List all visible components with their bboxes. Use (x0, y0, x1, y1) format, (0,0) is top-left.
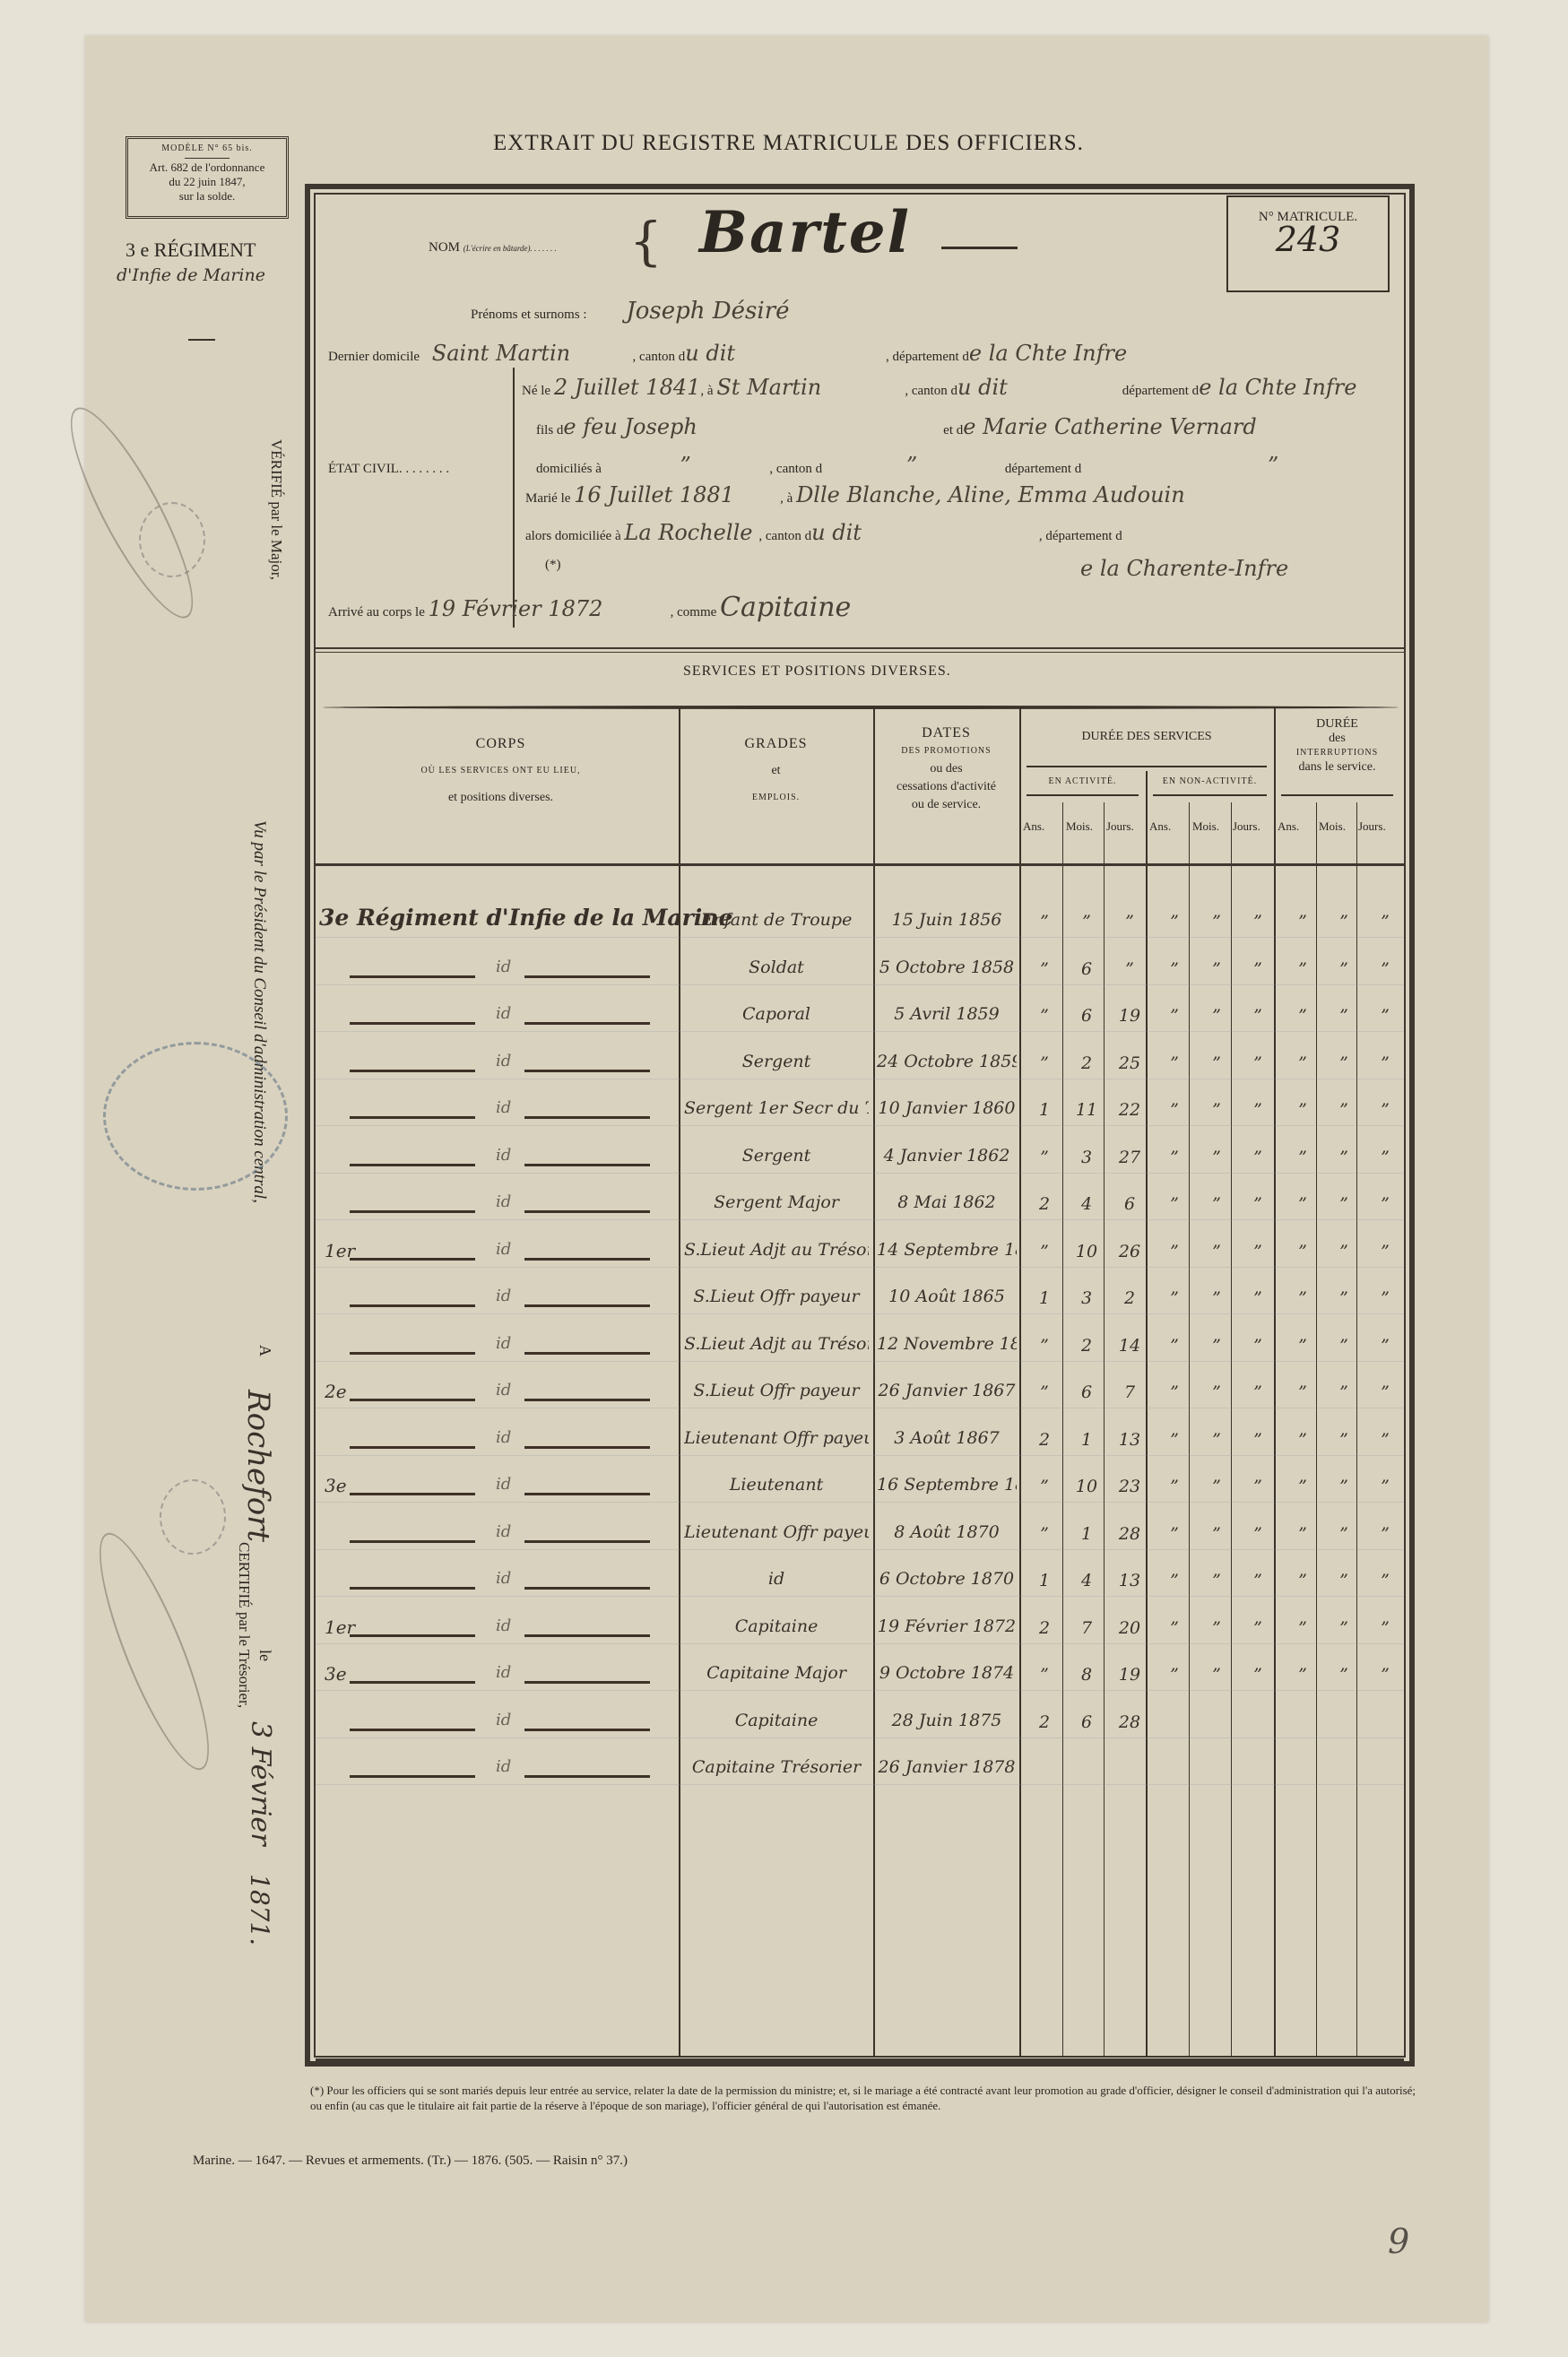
duration-value: ” (1289, 1382, 1316, 1402)
duration-value: 27 (1116, 1148, 1143, 1167)
corps-header-title: CORPS (323, 735, 679, 753)
duration-value: ” (1289, 1665, 1316, 1685)
duration-value: ” (1116, 959, 1143, 979)
duration-value: ” (1244, 1100, 1271, 1120)
footnote-mark: (*) (545, 558, 561, 573)
ne-canton-label: , canton d (905, 384, 957, 398)
duration-value: ” (1330, 1665, 1357, 1685)
ditto-dash (524, 1116, 650, 1119)
comme-label: , comme (671, 605, 717, 620)
duration-value: ” (1372, 1336, 1399, 1356)
duration-value: ” (1031, 1006, 1058, 1026)
duration-value: ” (1161, 1194, 1188, 1214)
dernier-domicile-label: Dernier domicile (328, 350, 420, 364)
nom-value: Bartel (699, 199, 911, 266)
duration-value: ” (1372, 1618, 1399, 1638)
arrive-value: 19 Février 1872 (429, 596, 671, 621)
grade-value: Capitaine Major (684, 1663, 869, 1683)
section-divider-thin (316, 652, 1404, 653)
duration-value: ” (1031, 1524, 1058, 1544)
alors-domiciliee-row: alors domiciliée à La Rochelle, canton d… (525, 520, 1122, 545)
duration-value: ” (1031, 1053, 1058, 1073)
duration-value: ” (1031, 1148, 1058, 1167)
col-rule (1104, 802, 1105, 2058)
corps-header-sub: OÙ LES SERVICES ONT EU LIEU, (323, 762, 679, 780)
duration-value: ” (1203, 1665, 1230, 1685)
duration-value: 26 (1116, 1242, 1143, 1261)
duration-value: ” (1330, 1618, 1357, 1638)
ditto-dash (350, 1634, 475, 1637)
en-activite-header: EN ACTIVITÉ. (1019, 773, 1146, 791)
page-number: 9 (1388, 2222, 1409, 2261)
brace: { (629, 215, 663, 267)
duration-value: ” (1330, 1194, 1357, 1214)
date-value: 4 Janvier 1862 (877, 1146, 1017, 1166)
model-reference-box: MODÈLE N° 65 bis. Art. 682 de l'ordonnan… (126, 136, 289, 219)
duration-value: ” (1372, 1665, 1399, 1685)
model-subject: sur la solde. (128, 189, 286, 204)
duration-value: 4 (1073, 1571, 1100, 1590)
ditto-dash (350, 1164, 475, 1166)
duration-value: ” (1289, 1242, 1316, 1261)
battalion-marker: 3e (325, 1663, 347, 1685)
duration-value: ” (1289, 1100, 1316, 1120)
duration-value: 2 (1031, 1194, 1058, 1214)
ne-dept-label: département d (1122, 384, 1199, 398)
duration-value: ” (1203, 1477, 1230, 1496)
duration-value: 22 (1116, 1100, 1143, 1120)
ditto-dash (350, 1210, 475, 1213)
col-rule (1189, 802, 1190, 2058)
duration-value: ” (1244, 1006, 1271, 1026)
date-value: 16 Septembre 1869 (877, 1475, 1017, 1495)
duration-value: ” (1031, 912, 1058, 932)
row-guide (316, 1549, 1404, 1550)
unit-ans: Ans. (1278, 819, 1299, 834)
grades-header-title: GRADES (679, 735, 873, 753)
duration-value: ” (1244, 1477, 1271, 1496)
lieu-value: Rochefort (240, 1390, 276, 1542)
en-non-activite-header: EN NON-ACTIVITÉ. (1146, 773, 1274, 791)
a-label: A (256, 1345, 274, 1356)
duration-value: 8 (1073, 1665, 1100, 1685)
fils-label: fils d (536, 423, 563, 438)
date-value: 5 Avril 1859 (877, 1004, 1017, 1024)
row-guide (316, 1361, 1404, 1362)
duration-value: ” (1203, 1194, 1230, 1214)
date-value: 24 Octobre 1859 (877, 1052, 1017, 1071)
date-annee-value: 1871. (245, 1874, 274, 1945)
ditto-dash (350, 1258, 475, 1261)
ditto-dash (350, 975, 475, 978)
duration-value: ” (1244, 1524, 1271, 1544)
corps-value: id (496, 1663, 511, 1682)
corps-value: id (496, 958, 511, 976)
dernier-domicile-row: Dernier domicile Saint Martin , canton d… (328, 341, 1127, 366)
ditto-dash (524, 1070, 650, 1072)
duration-value: ” (1244, 1148, 1271, 1167)
duration-value: ” (1161, 1053, 1188, 1073)
grade-value: Sergent 1er Secr du Trésorier (684, 1098, 869, 1118)
ditto-dash (350, 1540, 475, 1543)
duration-value: ” (1289, 1336, 1316, 1356)
corps-header: CORPS OÙ LES SERVICES ONT EU LIEU, et po… (323, 735, 679, 807)
duration-value: ” (1372, 1477, 1399, 1496)
corps-value: id (496, 1428, 511, 1447)
ditto-dash (524, 1164, 650, 1166)
ditto-dash (524, 1587, 650, 1590)
duration-value: ” (1161, 1524, 1188, 1544)
duration-value: ” (1330, 1477, 1357, 1496)
col-rule (1274, 708, 1276, 2058)
duration-value: 6 (1073, 1006, 1100, 1026)
dates-header-sub3: cessations d'activité (873, 778, 1019, 796)
duration-value: 19 (1116, 1665, 1143, 1685)
date-jour-value: 3 Février (245, 1721, 276, 1846)
canton-label: , canton d (633, 350, 686, 364)
duration-value: 20 (1116, 1618, 1143, 1638)
grades-header-sub2: EMPLOIS. (679, 789, 873, 807)
duration-value: ” (1330, 1006, 1357, 1026)
duration-value: 2 (1116, 1288, 1143, 1308)
duration-value: ” (1330, 1382, 1357, 1402)
row-guide (316, 1313, 1404, 1314)
unit-mois: Mois. (1066, 819, 1093, 834)
duration-value: ” (1372, 1524, 1399, 1544)
unit-jours: Jours. (1233, 819, 1260, 834)
grade-value: Capitaine (684, 1616, 869, 1636)
ditto-dash (524, 1540, 650, 1543)
pere-value: e feu Joseph (563, 414, 940, 439)
corps-value: id (496, 1287, 511, 1305)
duration-value: ” (1330, 1571, 1357, 1590)
date-value: 9 Octobre 1874 (877, 1663, 1017, 1683)
grade-value: Sergent (684, 1052, 869, 1071)
row-guide (316, 984, 1404, 985)
row-guide (316, 1784, 1404, 1785)
row-guide (316, 1643, 1404, 1644)
duration-value: ” (1203, 1571, 1230, 1590)
table-bottom-rule (316, 2058, 1404, 2061)
unit-mois: Mois. (1319, 819, 1346, 834)
arrive-label: Arrivé au corps le (328, 605, 425, 620)
corps-value: id (496, 1616, 511, 1635)
rule (1281, 794, 1393, 796)
date-value: 14 Septembre 1864 (877, 1240, 1017, 1260)
marie-a-label: , à (780, 491, 793, 506)
duration-value: 3 (1073, 1288, 1100, 1308)
ditto-dash (350, 1729, 475, 1731)
battalion-marker: 2e (325, 1381, 347, 1402)
ditto-dash (350, 1022, 475, 1025)
duration-value: ” (1244, 1430, 1271, 1450)
administration-stamp (103, 1042, 288, 1191)
arrive-row: Arrivé au corps le 19 Février 1872, comm… (328, 592, 851, 623)
duration-value: 2 (1073, 1053, 1100, 1073)
date-value: 6 Octobre 1870 (877, 1569, 1017, 1589)
duration-value: ” (1203, 1382, 1230, 1402)
duration-value: ” (1289, 1288, 1316, 1308)
ditto-dash (524, 1493, 650, 1495)
grade-value: S.Lieut Adjt au Trésorier (684, 1240, 869, 1260)
alors-label: alors domiciliée à (525, 529, 621, 543)
date-value: 12 Novembre 1866 (877, 1334, 1017, 1354)
ditto-dash (524, 975, 650, 978)
corps-value: id (496, 1098, 511, 1117)
duration-value: ” (1031, 1242, 1058, 1261)
date-value: 8 Mai 1862 (877, 1192, 1017, 1212)
grade-value: S.Lieut Offr payeur (684, 1381, 869, 1400)
duration-value: ” (1330, 912, 1357, 932)
duration-value: ” (1244, 1288, 1271, 1308)
row-guide (316, 1690, 1404, 1691)
filiation-row: fils de feu Joseph et de Marie Catherine… (536, 414, 1257, 439)
row-guide (316, 1125, 1404, 1126)
duration-value: ” (1161, 1618, 1188, 1638)
duration-value: ” (1372, 1148, 1399, 1167)
duration-value: ” (1289, 1571, 1316, 1590)
duration-value: ” (1031, 1477, 1058, 1496)
grade-value: Capitaine Trésorier (684, 1757, 869, 1777)
date-value: 5 Octobre 1858 (877, 958, 1017, 977)
duration-value: ” (1161, 1006, 1188, 1026)
nom-label-row: NOM (L'écrire en bâtarde). . . . . . . (429, 240, 557, 256)
domicilies-row: domiciliés à ” , canton d” département d… (536, 453, 1278, 478)
duration-value: ” (1073, 912, 1100, 932)
corps-value: id (496, 1240, 511, 1259)
interruptions-title: DURÉE (1274, 717, 1400, 732)
duration-value: ” (1372, 1194, 1399, 1214)
corps-value: 3e Régiment d'Infie de la Marine (319, 905, 732, 931)
dom-canton-label: , canton d (769, 462, 822, 476)
ditto-dash (350, 1681, 475, 1684)
duration-value: ” (1330, 1053, 1357, 1073)
duration-value: 7 (1116, 1382, 1143, 1402)
ditto-dash (524, 1399, 650, 1401)
dom-dept-label: département d (1005, 462, 1081, 476)
duration-value: 6 (1073, 1382, 1100, 1402)
rule (1027, 766, 1267, 767)
row-guide (316, 1079, 1404, 1079)
duration-value: 1 (1031, 1100, 1058, 1120)
unit-mois: Mois. (1192, 819, 1219, 834)
naissance-row: Né le 2 Juillet 1841, à St Martin, canto… (522, 375, 1356, 400)
duration-value: ” (1203, 959, 1230, 979)
grade-value: Sergent (684, 1146, 869, 1166)
etat-civil-label: ÉTAT CIVIL. . . . . . . . (328, 462, 449, 477)
duration-value: ” (1372, 1571, 1399, 1590)
ditto-dash (524, 1304, 650, 1307)
duration-value: ” (1161, 1148, 1188, 1167)
duration-value: 4 (1073, 1194, 1100, 1214)
duration-value: ” (1244, 1242, 1271, 1261)
ne-le-label: Né le (522, 384, 550, 398)
duration-value: ” (1289, 1006, 1316, 1026)
corps-value: id (496, 1334, 511, 1353)
corps-header-sub2: et positions diverses. (323, 789, 679, 807)
marie-label: Marié le (525, 491, 570, 506)
ditto-dash (524, 1681, 650, 1684)
mere-value: e Marie Catherine Vernard (963, 414, 1257, 439)
duration-value: ” (1244, 1618, 1271, 1638)
services-title: SERVICES ET POSITIONS DIVERSES. (683, 663, 951, 680)
date-value: 10 Août 1865 (877, 1287, 1017, 1306)
duration-value: ” (1161, 1100, 1188, 1120)
departement-label: , département d (886, 350, 969, 364)
ditto-dash (350, 1587, 475, 1590)
col-rule (1231, 802, 1232, 2058)
treasurer-stamp (160, 1479, 226, 1555)
duration-value: 6 (1116, 1194, 1143, 1214)
row-guide (316, 1031, 1404, 1032)
row-guide (316, 1219, 1404, 1220)
grade-value: S.Lieut Adjt au Trésorier (684, 1334, 869, 1354)
grade-value: Soldat (684, 958, 869, 977)
duration-value: 28 (1116, 1712, 1143, 1732)
duration-value: ” (1244, 1665, 1271, 1685)
duration-value: 13 (1116, 1571, 1143, 1590)
duration-value: 28 (1116, 1524, 1143, 1544)
duration-value: ” (1289, 1053, 1316, 1073)
grades-header: GRADES et EMPLOIS. (679, 735, 873, 807)
duration-value: ” (1203, 1524, 1230, 1544)
duration-value: ” (1203, 1430, 1230, 1450)
duration-value: ” (1289, 912, 1316, 932)
duration-value: ” (1372, 1053, 1399, 1073)
ditto-dash (524, 1634, 650, 1637)
row-guide (316, 1502, 1404, 1503)
duration-value: ” (1244, 959, 1271, 979)
duration-value: ” (1330, 1430, 1357, 1450)
etat-civil-brace (513, 368, 515, 628)
page-title: EXTRAIT DU REGISTRE MATRICULE DES OFFICI… (493, 131, 1084, 156)
duration-value: ” (1203, 1006, 1230, 1026)
matricule-value: 243 (1228, 220, 1388, 259)
dernier-domicile-value: Saint Martin (432, 341, 629, 366)
duration-value: ” (1161, 1288, 1188, 1308)
duration-value: 23 (1116, 1477, 1143, 1496)
certifie-label: CERTIFIÉ par le Trésorier, (235, 1542, 253, 1708)
duration-value: ” (1203, 912, 1230, 932)
divider (188, 339, 215, 341)
duration-value: ” (1203, 1148, 1230, 1167)
matricule-box: N° MATRICULE. 243 (1226, 195, 1390, 292)
duration-value: ” (1330, 1148, 1357, 1167)
marie-value: 16 Juillet 1881 (574, 482, 780, 507)
duration-value: ” (1289, 959, 1316, 979)
duration-value: ” (1244, 1382, 1271, 1402)
date-value: 26 Janvier 1878 (877, 1757, 1017, 1777)
prenoms-row: Prénoms et surnoms : Joseph Désiré (471, 298, 790, 325)
ditto-dash (350, 1493, 475, 1495)
ditto-dash (350, 1775, 475, 1778)
duration-value: ” (1203, 1336, 1230, 1356)
duration-value: ” (1161, 959, 1188, 979)
duration-value: 1 (1031, 1571, 1058, 1590)
duration-value: 2 (1031, 1618, 1058, 1638)
section-divider (316, 647, 1404, 649)
ditto-dash (524, 1729, 650, 1731)
duration-value: ” (1244, 1053, 1271, 1073)
corps-value: id (496, 1381, 511, 1399)
corps-value: id (496, 1522, 511, 1541)
grade-value: Lieutenant Offr payeur 3e Batn (684, 1522, 869, 1542)
rule (1153, 794, 1267, 796)
duration-value: ” (1161, 912, 1188, 932)
corps-value: id (496, 1004, 511, 1023)
unit-ans: Ans. (1023, 819, 1044, 834)
table-head-rule (323, 706, 1399, 709)
ditto-dash (350, 1399, 475, 1401)
row-guide (316, 1267, 1404, 1268)
duration-value: ” (1031, 959, 1058, 979)
duration-value: ” (1289, 1148, 1316, 1167)
duration-value: ” (1330, 1336, 1357, 1356)
grade-value: Sergent Major (684, 1192, 869, 1212)
model-date: du 22 juin 1847, (128, 175, 286, 189)
dates-header: DATES DES PROMOTIONS ou des cessations d… (873, 724, 1019, 814)
duration-value: ” (1372, 959, 1399, 979)
duration-value: ” (1289, 1194, 1316, 1214)
col-rule (873, 708, 875, 2058)
duration-value: ” (1161, 1336, 1188, 1356)
imprint: Marine. — 1647. — Revues et armements. (… (193, 2153, 628, 2169)
ditto-dash (350, 1116, 475, 1119)
duration-value: ” (1203, 1242, 1230, 1261)
duration-value: ” (1289, 1618, 1316, 1638)
prenoms-label: Prénoms et surnoms : (471, 308, 587, 322)
duration-value: 1 (1073, 1524, 1100, 1544)
duration-value: 2 (1031, 1430, 1058, 1450)
duration-value: ” (1116, 912, 1143, 932)
date-value: 8 Août 1870 (877, 1522, 1017, 1542)
grade-value: Lieutenant Offr payeur (684, 1428, 869, 1448)
date-value: 19 Février 1872 (877, 1616, 1017, 1636)
date-value: 26 Janvier 1867 (877, 1381, 1017, 1400)
corps-value: id (496, 1569, 511, 1588)
duration-value: ” (1161, 1242, 1188, 1261)
duration-value: ” (1372, 912, 1399, 932)
grade-value: Capitaine (684, 1711, 869, 1730)
ditto-dash (350, 1352, 475, 1355)
battalion-marker: 3e (325, 1475, 347, 1496)
header-bottom-rule (316, 863, 1404, 866)
dates-header-title: DATES (873, 724, 1019, 742)
date-value: 28 Juin 1875 (877, 1711, 1017, 1730)
row-guide (316, 1455, 1404, 1456)
row-guide (316, 1408, 1404, 1408)
duration-value: ” (1330, 1288, 1357, 1308)
le-label: le (256, 1650, 274, 1661)
grade-value: Lieutenant (684, 1475, 869, 1495)
duration-value: 25 (1116, 1053, 1143, 1073)
comme-value: Capitaine (720, 592, 851, 623)
corps-value: id (496, 1711, 511, 1729)
duration-value: ” (1161, 1665, 1188, 1685)
duration-value: 6 (1073, 959, 1100, 979)
ditto-dash (524, 1210, 650, 1213)
et-label: et d (943, 423, 963, 438)
duration-value: 3 (1073, 1148, 1100, 1167)
ditto-dash (524, 1258, 650, 1261)
nom-hint: (L'écrire en bâtarde). . . . . . . (463, 244, 557, 253)
domicilies-label: domiciliés à (536, 462, 602, 476)
corps-value: id (496, 1757, 511, 1776)
dom-canton-value: ” (822, 453, 1001, 478)
duration-value: ” (1289, 1430, 1316, 1450)
duration-value: ” (1289, 1524, 1316, 1544)
duration-value: ” (1372, 1100, 1399, 1120)
